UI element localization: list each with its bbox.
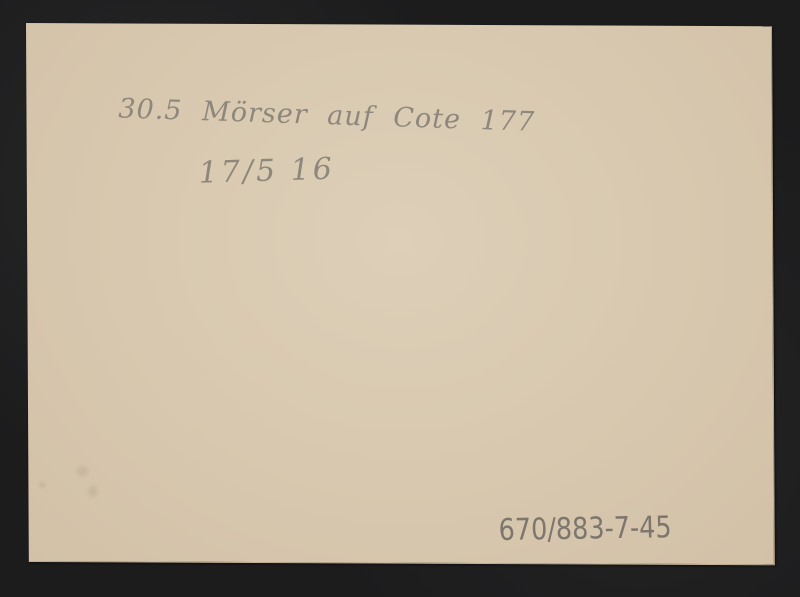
paper-stain [88, 485, 97, 497]
paper-stain [76, 466, 88, 476]
archive-inventory-number: 670/883-7-45 [498, 510, 672, 548]
handwritten-caption: 30.5 Mörser auf Cote 177 [118, 93, 535, 137]
handwritten-date: 17/5 16 [198, 152, 335, 191]
paper-speck [40, 483, 44, 487]
photo-card-back: 30.5 Mörser auf Cote 177 17/5 16 670/883… [26, 23, 775, 565]
